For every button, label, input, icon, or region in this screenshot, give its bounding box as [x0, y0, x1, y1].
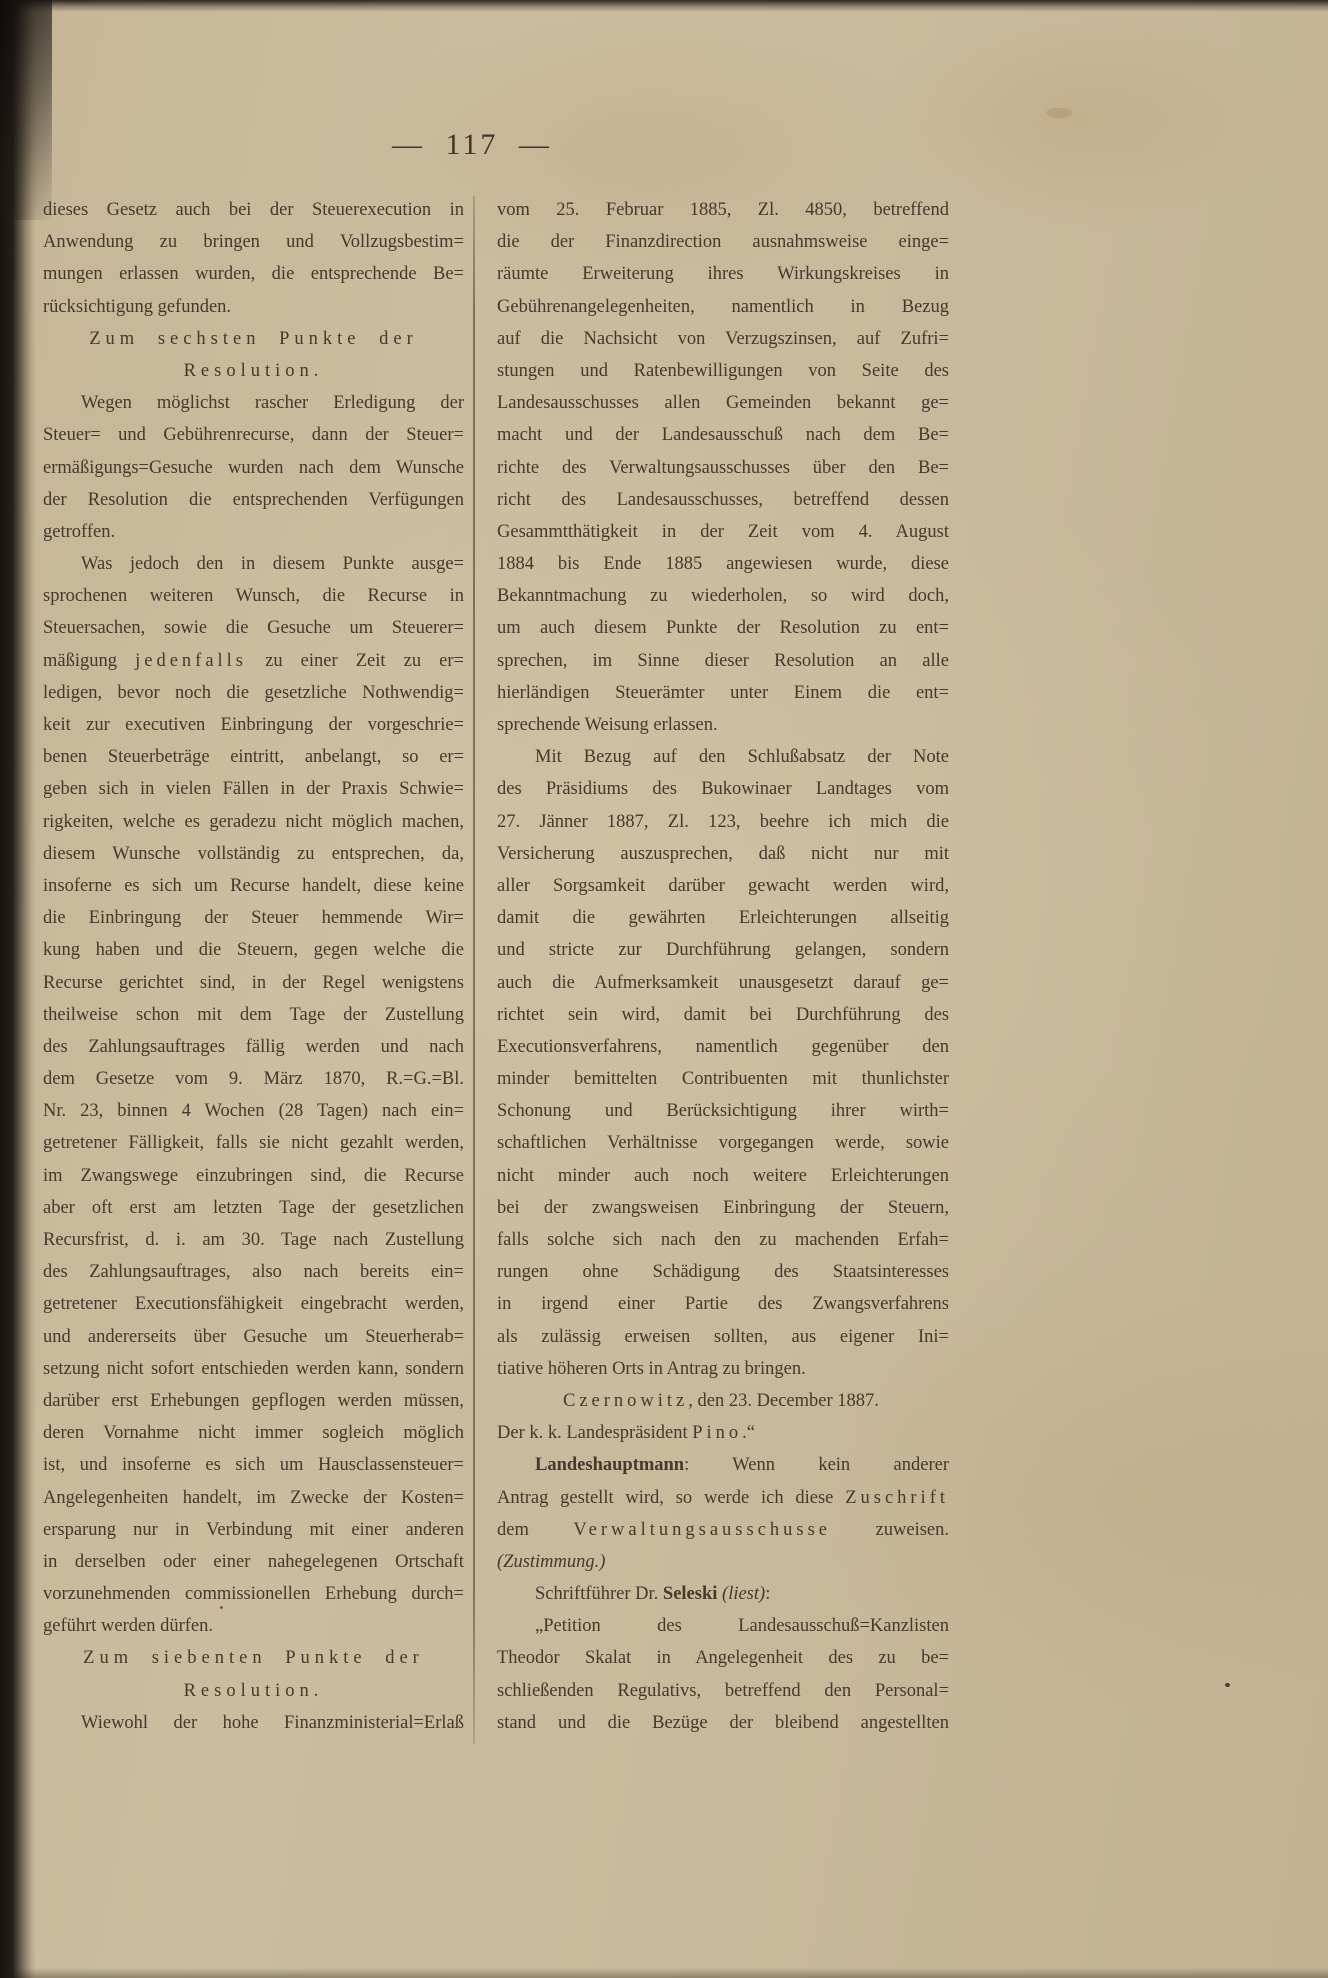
text-segment: auf die Nachsicht von Verzugszinsen, auf… — [497, 329, 949, 349]
text-segment: richt des Landesausschusses, betreffend … — [497, 490, 949, 510]
text-segment: in derselben oder einer nahegelegenen Or… — [43, 1552, 464, 1572]
text-segment: diesem Wunsche vollständig zu entspreche… — [43, 844, 464, 864]
text-segment: Zum sechsten Punkte der — [89, 329, 418, 349]
text-segment: mäßigung — [43, 651, 135, 671]
text-line: geführt werden dürfen. — [43, 1610, 464, 1642]
text-line: Bekanntmachung zu wiederholen, so wird d… — [497, 580, 949, 612]
text-line: falls solche sich nach den zu machenden … — [497, 1224, 949, 1256]
text-line: 27. Jänner 1887, Zl. 123, beehre ich mic… — [497, 806, 949, 838]
text-segment: des Zahlungsauftrages, also nach bereits… — [43, 1262, 464, 1282]
text-segment: vom 25. Februar 1885, Zl. 4850, betreffe… — [497, 200, 949, 220]
text-segment: aller Sorgsamkeit darüber gewacht werden… — [497, 876, 949, 896]
text-segment: deren Vornahme nicht immer sogleich mögl… — [43, 1423, 464, 1443]
text-line: Steuersachen, sowie die Gesuche um Steue… — [43, 612, 464, 644]
text-segment: insoferne es sich um Recurse handelt, di… — [43, 876, 464, 896]
paper-stain — [1046, 108, 1072, 118]
text-segment: richtet sein wird, damit bei Durchführun… — [497, 1005, 949, 1025]
text-segment: jedenfalls — [135, 651, 247, 671]
text-line: 1884 bis Ende 1885 angewiesen wurde, die… — [497, 548, 949, 580]
text-segment: Recursfrist, d. i. am 30. Tage nach Zust… — [43, 1230, 464, 1250]
text-line: dem Verwaltungsausschusse zuweisen. — [497, 1514, 949, 1546]
scanned-page: — 117 — dieses Gesetz auch bei der Steue… — [0, 0, 1328, 1978]
text-line: keit zur executiven Einbringung der vorg… — [43, 709, 464, 741]
text-line: Landeshauptmann: Wenn kein anderer — [497, 1449, 949, 1481]
text-line: Gebührenangelegenheiten, namentlich in B… — [497, 291, 949, 323]
text-line: Nr. 23, binnen 4 Wochen (28 Tagen) nach … — [43, 1095, 464, 1127]
text-segment: mungen erlassen wurden, die entsprechend… — [43, 264, 464, 284]
text-line: schaftlichen Verhältnisse vorgegangen we… — [497, 1127, 949, 1159]
text-line: Wiewohl der hohe Finanzministerial=Erlaß — [43, 1707, 464, 1739]
text-line: auch die Aufmerksamkeit unausgesetzt dar… — [497, 967, 949, 999]
scan-edge-corner — [0, 0, 52, 220]
text-segment: ersparung nur in Verbindung mit einer an… — [43, 1520, 464, 1540]
text-segment: zuweisen. — [831, 1520, 949, 1540]
text-segment: Schriftführer Dr. — [535, 1584, 663, 1604]
text-segment: Resolution. — [184, 361, 324, 381]
text-segment: falls solche sich nach den zu machenden … — [497, 1230, 949, 1250]
text-segment: Landesausschusses allen Gemeinden bekann… — [497, 393, 949, 413]
text-line: bei der zwangsweisen Einbringung der Ste… — [497, 1192, 949, 1224]
text-line: (Zustimmung.) — [497, 1546, 949, 1578]
text-segment: Steuersachen, sowie die Gesuche um Steue… — [43, 618, 464, 638]
text-line: Schriftführer Dr. Seleski (liest): — [497, 1578, 949, 1610]
text-line: sprechende Weisung erlassen. — [497, 709, 949, 741]
text-line: Executionsverfahrens, namentlich gegenüb… — [497, 1031, 949, 1063]
text-segment: damit die gewährten Erleichterungen alls… — [497, 908, 949, 928]
text-line: benen Steuerbeträge eintritt, anbelangt,… — [43, 741, 464, 773]
text-segment: als zulässig erweisen sollten, aus eigen… — [497, 1327, 949, 1347]
text-line: ersparung nur in Verbindung mit einer an… — [43, 1514, 464, 1546]
text-segment: auch die Aufmerksamkeit unausgesetzt dar… — [497, 973, 949, 993]
text-segment: darüber erst Erhebungen gepflogen werden… — [43, 1391, 464, 1411]
text-segment: Theodor Skalat in Angelegenheit des zu b… — [497, 1648, 949, 1668]
text-segment: .“ — [742, 1423, 755, 1443]
text-line: Theodor Skalat in Angelegenheit des zu b… — [497, 1642, 949, 1674]
text-line: schließenden Regulativs, betreffend den … — [497, 1675, 949, 1707]
text-segment: im Zwangswege einzubringen sind, die Rec… — [43, 1166, 464, 1186]
text-segment: getroffen. — [43, 522, 115, 542]
text-line: Anwendung zu bringen und Vollzugsbestim= — [43, 226, 464, 258]
text-segment: nicht minder auch noch weitere Erleichte… — [497, 1166, 949, 1186]
text-line: rücksichtigung gefunden. — [43, 291, 464, 323]
text-line: Schonung und Berücksichtigung ihrer wirt… — [497, 1095, 949, 1127]
text-segment: ist, und insoferne es sich um Hausclasse… — [43, 1455, 464, 1475]
text-segment: Executionsverfahrens, namentlich gegenüb… — [497, 1037, 949, 1057]
text-segment: Antrag gestellt wird, so werde ich diese — [497, 1488, 845, 1508]
text-line: Gesammtthätigkeit in der Zeit vom 4. Aug… — [497, 516, 949, 548]
text-segment: ermäßigungs=Gesuche wurden nach dem Wuns… — [43, 458, 464, 478]
text-segment: Zum siebenten Punkte der — [83, 1648, 424, 1668]
text-segment: Seleski — [663, 1584, 717, 1604]
text-segment: theilweise schon mit dem Tage der Zustel… — [43, 1005, 464, 1025]
text-line: tiative höheren Orts in Antrag zu bringe… — [497, 1353, 949, 1385]
ink-speck — [1225, 1683, 1230, 1687]
text-segment: Verwaltungsausschusse — [573, 1520, 831, 1540]
text-segment: hierländigen Steuerämter unter Einem die… — [497, 683, 949, 703]
text-line: insoferne es sich um Recurse handelt, di… — [43, 870, 464, 902]
text-line: Zum sechsten Punkte der — [43, 323, 464, 355]
text-line: dieses Gesetz auch bei der Steuerexecuti… — [43, 194, 464, 226]
text-segment: Versicherung auszusprechen, daß nicht nu… — [497, 844, 949, 864]
text-segment: der Resolution die entsprechenden Verfüg… — [43, 490, 464, 510]
text-segment: zu einer Zeit zu er= — [247, 651, 464, 671]
text-line: die der Finanzdirection ausnahmsweise ei… — [497, 226, 949, 258]
text-segment: Mit Bezug auf den Schlußabsatz der Note — [535, 747, 949, 767]
text-line: Was jedoch den in diesem Punkte ausge= — [43, 548, 464, 580]
text-line: als zulässig erweisen sollten, aus eigen… — [497, 1321, 949, 1353]
text-line: deren Vornahme nicht immer sogleich mögl… — [43, 1417, 464, 1449]
text-line: Recurse gerichtet sind, in der Regel wen… — [43, 967, 464, 999]
column-divider-rule — [473, 196, 475, 1744]
text-line: diesem Wunsche vollständig zu entspreche… — [43, 838, 464, 870]
text-segment: des Präsidiums des Bukowinaer Landtages … — [497, 779, 949, 799]
text-segment: stungen und Ratenbewilligungen von Seite… — [497, 361, 949, 381]
text-segment: benen Steuerbeträge eintritt, anbelangt,… — [43, 747, 464, 767]
text-segment: in irgend einer Partie des Zwangsverfahr… — [497, 1294, 949, 1314]
text-segment: Gebührenangelegenheiten, namentlich in B… — [497, 297, 949, 317]
text-line: ledigen, bevor noch die gesetzliche Noth… — [43, 677, 464, 709]
text-segment: Steuer= und Gebührenrecurse, dann der St… — [43, 425, 464, 445]
text-segment: Was jedoch den in diesem Punkte ausge= — [81, 554, 464, 574]
text-segment: „Petition des Landesausschuß=Kanzlisten — [535, 1616, 949, 1636]
text-line: Versicherung auszusprechen, daß nicht nu… — [497, 838, 949, 870]
ink-speck — [220, 1606, 223, 1609]
text-segment: getretener Fälligkeit, falls sie nicht g… — [43, 1133, 464, 1153]
text-line: sprechen, im Sinne dieser Resolution an … — [497, 645, 949, 677]
text-line: um auch diesem Punkte der Resolution zu … — [497, 612, 949, 644]
scan-edge-top — [0, 0, 1328, 12]
text-line: richt des Landesausschusses, betreffend … — [497, 484, 949, 516]
text-segment: des Zahlungsauftrages fällig werden und … — [43, 1037, 464, 1057]
text-line: „Petition des Landesausschuß=Kanzlisten — [497, 1610, 949, 1642]
text-line: Antrag gestellt wird, so werde ich diese… — [497, 1482, 949, 1514]
text-segment: und andererseits über Gesuche um Steuerh… — [43, 1327, 464, 1347]
text-line: Landesausschusses allen Gemeinden bekann… — [497, 387, 949, 419]
text-segment: : Wenn kein anderer — [684, 1455, 949, 1475]
text-line: getretener Executionsfähigkeit eingebrac… — [43, 1288, 464, 1320]
text-segment: Wegen möglichst rascher Erledigung der — [81, 393, 464, 413]
text-line: mäßigung jedenfalls zu einer Zeit zu er= — [43, 645, 464, 677]
text-segment: rungen ohne Schädigung des Staatsinteres… — [497, 1262, 949, 1282]
text-segment: rigkeiten, welche es geradezu nicht mögl… — [43, 812, 464, 832]
text-segment: Landeshauptmann — [535, 1455, 684, 1475]
text-line: getretener Fälligkeit, falls sie nicht g… — [43, 1127, 464, 1159]
text-line: rigkeiten, welche es geradezu nicht mögl… — [43, 806, 464, 838]
text-segment: die Einbringung der Steuer hemmende Wir= — [43, 908, 464, 928]
text-segment: dieses Gesetz auch bei der Steuerexecuti… — [43, 200, 464, 220]
text-line: geben sich in vielen Fällen in der Praxi… — [43, 773, 464, 805]
text-line: kung haben und die Steuern, gegen welche… — [43, 934, 464, 966]
text-segment: sprochenen weiteren Wunsch, die Recurse … — [43, 586, 464, 606]
text-segment: kung haben und die Steuern, gegen welche… — [43, 940, 464, 960]
text-column-right: vom 25. Februar 1885, Zl. 4850, betreffe… — [497, 194, 949, 1739]
text-segment: Nr. 23, binnen 4 Wochen (28 Tagen) nach … — [43, 1101, 464, 1121]
text-segment: sprechen, im Sinne dieser Resolution an … — [497, 651, 949, 671]
text-line: Resolution. — [43, 1675, 464, 1707]
text-segment: stand und die Bezüge der bleibend angest… — [497, 1713, 949, 1733]
text-line: rungen ohne Schädigung des Staatsinteres… — [497, 1256, 949, 1288]
text-segment: schließenden Regulativs, betreffend den … — [497, 1681, 949, 1701]
text-line: ermäßigungs=Gesuche wurden nach dem Wuns… — [43, 452, 464, 484]
text-line: minder bemittelten Contribuenten mit thu… — [497, 1063, 949, 1095]
text-segment: setzung nicht sofort entschieden werden … — [43, 1359, 464, 1379]
text-column-left: dieses Gesetz auch bei der Steuerexecuti… — [43, 194, 464, 1739]
text-line: stungen und Ratenbewilligungen von Seite… — [497, 355, 949, 387]
text-segment: Resolution. — [184, 1681, 324, 1701]
text-segment: 27. Jänner 1887, Zl. 123, beehre ich mic… — [497, 812, 949, 832]
scan-edge-left — [0, 0, 36, 1978]
text-segment: : — [765, 1584, 770, 1604]
text-line: stand und die Bezüge der bleibend angest… — [497, 1707, 949, 1739]
text-segment: Schonung und Berücksichtigung ihrer wirt… — [497, 1101, 949, 1121]
text-segment: Pino — [692, 1423, 742, 1443]
text-segment: und stricte zur Durchführung gelangen, s… — [497, 940, 949, 960]
text-segment: schaftlichen Verhältnisse vorgegangen we… — [497, 1133, 949, 1153]
text-segment: Czernowitz — [563, 1391, 688, 1411]
text-line: Czernowitz, den 23. December 1887. — [497, 1385, 949, 1417]
text-segment: sprechende Weisung erlassen. — [497, 715, 718, 735]
text-segment: bei der zwangsweisen Einbringung der Ste… — [497, 1198, 949, 1218]
scan-edge-bottom — [0, 1968, 1328, 1978]
text-segment: um auch diesem Punkte der Resolution zu … — [497, 618, 949, 638]
text-line: die Einbringung der Steuer hemmende Wir= — [43, 902, 464, 934]
text-segment: macht und der Landesausschuß nach dem Be… — [497, 425, 949, 445]
text-segment: 1884 bis Ende 1885 angewiesen wurde, die… — [497, 554, 949, 574]
text-segment: Recurse gerichtet sind, in der Regel wen… — [43, 973, 464, 993]
text-segment: ledigen, bevor noch die gesetzliche Noth… — [43, 683, 464, 703]
text-line: nicht minder auch noch weitere Erleichte… — [497, 1160, 949, 1192]
text-segment: Der k. k. Landespräsident — [497, 1423, 692, 1443]
text-line: sprochenen weiteren Wunsch, die Recurse … — [43, 580, 464, 612]
text-segment: räumte Erweiterung ihres Wirkungskreises… — [497, 264, 949, 284]
text-line: auf die Nachsicht von Verzugszinsen, auf… — [497, 323, 949, 355]
text-line: vom 25. Februar 1885, Zl. 4850, betreffe… — [497, 194, 949, 226]
text-line: Mit Bezug auf den Schlußabsatz der Note — [497, 741, 949, 773]
text-segment: Wiewohl der hohe Finanzministerial=Erlaß — [81, 1713, 464, 1733]
page-number: — 117 — — [0, 128, 944, 162]
text-line: hierländigen Steuerämter unter Einem die… — [497, 677, 949, 709]
text-segment: (liest) — [722, 1584, 765, 1604]
text-segment: dem Gesetze vom 9. März 1870, R.=G.=Bl. — [43, 1069, 464, 1089]
text-line: richtet sein wird, damit bei Durchführun… — [497, 999, 949, 1031]
text-segment: Anwendung zu bringen und Vollzugsbestim= — [43, 232, 464, 252]
text-line: ist, und insoferne es sich um Hausclasse… — [43, 1449, 464, 1481]
text-line: Recursfrist, d. i. am 30. Tage nach Zust… — [43, 1224, 464, 1256]
text-line: theilweise schon mit dem Tage der Zustel… — [43, 999, 464, 1031]
text-line: aller Sorgsamkeit darüber gewacht werden… — [497, 870, 949, 902]
text-segment: vorzunehmenden commissionellen Erhebung … — [43, 1584, 464, 1604]
text-line: dem Gesetze vom 9. März 1870, R.=G.=Bl. — [43, 1063, 464, 1095]
text-segment: Zuschrift — [845, 1488, 949, 1508]
text-segment: geführt werden dürfen. — [43, 1616, 213, 1636]
text-segment: aber oft erst am letzten Tage der gesetz… — [43, 1198, 464, 1218]
text-line: räumte Erweiterung ihres Wirkungskreises… — [497, 258, 949, 290]
text-line: Steuer= und Gebührenrecurse, dann der St… — [43, 419, 464, 451]
text-segment: minder bemittelten Contribuenten mit thu… — [497, 1069, 949, 1089]
text-line: getroffen. — [43, 516, 464, 548]
text-line: des Zahlungsauftrages, also nach bereits… — [43, 1256, 464, 1288]
text-segment: (Zustimmung.) — [497, 1552, 605, 1572]
text-line: vorzunehmenden commissionellen Erhebung … — [43, 1578, 464, 1610]
text-line: Der k. k. Landespräsident Pino.“ — [497, 1417, 949, 1449]
text-line: des Präsidiums des Bukowinaer Landtages … — [497, 773, 949, 805]
text-line: in derselben oder einer nahegelegenen Or… — [43, 1546, 464, 1578]
text-segment: Bekanntmachung zu wiederholen, so wird d… — [497, 586, 949, 606]
text-line: aber oft erst am letzten Tage der gesetz… — [43, 1192, 464, 1224]
text-line: damit die gewährten Erleichterungen alls… — [497, 902, 949, 934]
text-segment: rücksichtigung gefunden. — [43, 297, 231, 317]
text-segment: richte des Verwaltungsausschusses über d… — [497, 458, 949, 478]
text-segment: dem — [497, 1520, 573, 1540]
text-line: richte des Verwaltungsausschusses über d… — [497, 452, 949, 484]
text-segment: , den 23. December 1887. — [688, 1391, 879, 1411]
text-segment: keit zur executiven Einbringung der vorg… — [43, 715, 464, 735]
text-line: Zum siebenten Punkte der — [43, 1642, 464, 1674]
text-line: im Zwangswege einzubringen sind, die Rec… — [43, 1160, 464, 1192]
text-line: Wegen möglichst rascher Erledigung der — [43, 387, 464, 419]
text-line: darüber erst Erhebungen gepflogen werden… — [43, 1385, 464, 1417]
text-segment: die der Finanzdirection ausnahmsweise ei… — [497, 232, 949, 252]
text-line: macht und der Landesausschuß nach dem Be… — [497, 419, 949, 451]
text-line: mungen erlassen wurden, die entsprechend… — [43, 258, 464, 290]
text-line: und stricte zur Durchführung gelangen, s… — [497, 934, 949, 966]
text-segment: Angelegenheiten handelt, im Zwecke der K… — [43, 1488, 464, 1508]
text-line: Angelegenheiten handelt, im Zwecke der K… — [43, 1482, 464, 1514]
text-line: in irgend einer Partie des Zwangsverfahr… — [497, 1288, 949, 1320]
text-line: Resolution. — [43, 355, 464, 387]
text-segment: getretener Executionsfähigkeit eingebrac… — [43, 1294, 464, 1314]
text-segment: Gesammtthätigkeit in der Zeit vom 4. Aug… — [497, 522, 949, 542]
text-line: des Zahlungsauftrages fällig werden und … — [43, 1031, 464, 1063]
text-segment: tiative höheren Orts in Antrag zu bringe… — [497, 1359, 806, 1379]
text-line: setzung nicht sofort entschieden werden … — [43, 1353, 464, 1385]
text-line: der Resolution die entsprechenden Verfüg… — [43, 484, 464, 516]
text-line: und andererseits über Gesuche um Steuerh… — [43, 1321, 464, 1353]
text-segment: geben sich in vielen Fällen in der Praxi… — [43, 779, 464, 799]
